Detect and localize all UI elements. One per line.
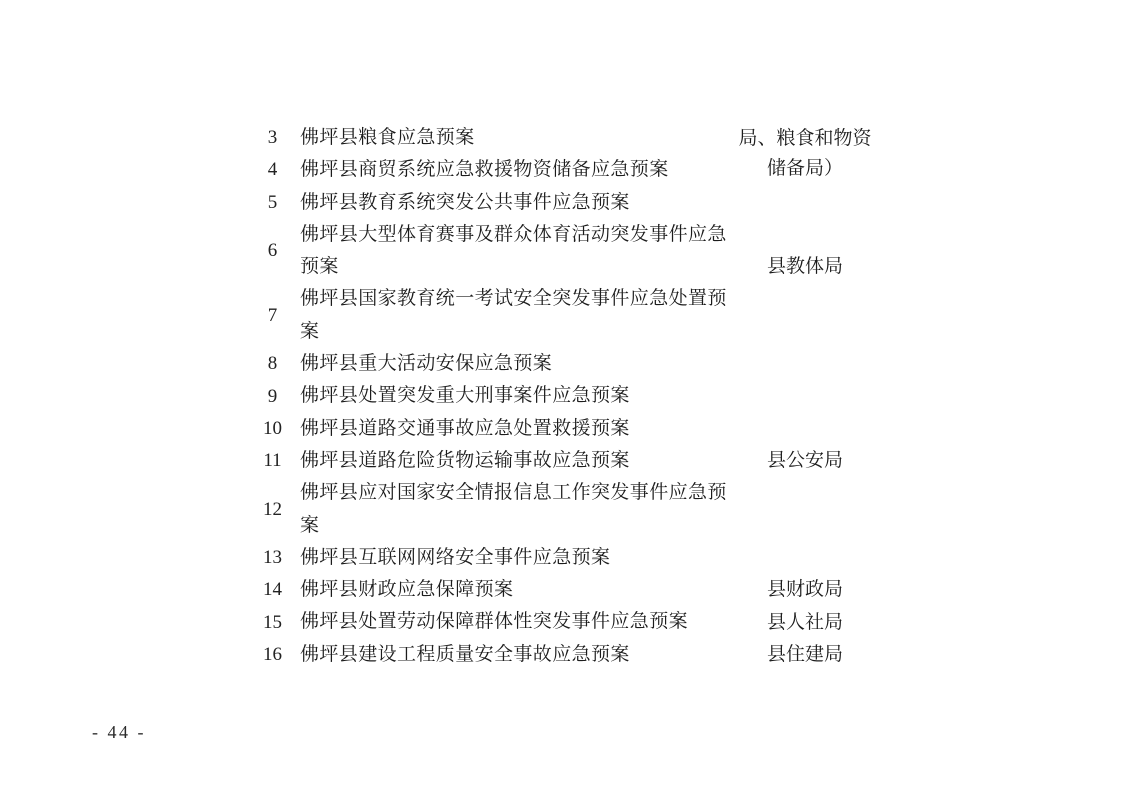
table-row: 10 佛坪县道路交通事故应急处置救援预案 [245,413,732,445]
lead-department: 县人社局 [732,606,878,638]
plan-name: 佛坪县处置突发重大刑事案件应急预案 [300,380,732,412]
plan-name: 佛坪县粮食应急预案 [300,122,732,154]
row-number: 4 [245,154,300,186]
group-rows: 3 佛坪县粮食应急预案 4 佛坪县商贸系统应急救援物资储备应急预案 [245,122,732,187]
group-rows: 8 佛坪县重大活动安保应急预案 9 佛坪县处置突发重大刑事案件应急预案 10 佛… [245,348,732,574]
group-rows: 15 佛坪县处置劳动保障群体性突发事件应急预案 [245,606,732,638]
plan-name: 佛坪县应对国家安全情报信息工作突发事件应急预 案 [300,477,732,542]
group-rows: 16 佛坪县建设工程质量安全事故应急预案 [245,639,732,671]
row-number: 8 [245,348,300,380]
table-row: 3 佛坪县粮食应急预案 [245,122,732,154]
table-row: 15 佛坪县处置劳动保障群体性突发事件应急预案 [245,606,732,638]
plan-name: 佛坪县国家教育统一考试安全突发事件应急处置预 案 [300,283,732,348]
table-group-education: 5 佛坪县教育系统突发公共事件应急预案 6 佛坪县大型体育赛事及群众体育活动突发… [245,187,878,348]
plan-name: 佛坪县财政应急保障预案 [300,574,732,606]
plan-name: 佛坪县大型体育赛事及群众体育活动突发事件应急 预案 [300,219,732,284]
row-number: 7 [245,283,300,348]
row-number: 15 [245,606,300,638]
table-row: 4 佛坪县商贸系统应急救援物资储备应急预案 [245,154,732,186]
group-rows: 14 佛坪县财政应急保障预案 [245,574,732,606]
plan-name: 佛坪县道路危险货物运输事故应急预案 [300,445,732,477]
row-number: 14 [245,574,300,606]
row-number: 16 [245,639,300,671]
plan-name: 佛坪县建设工程质量安全事故应急预案 [300,639,732,671]
table-row: 9 佛坪县处置突发重大刑事案件应急预案 [245,380,732,412]
plan-name: 佛坪县互联网网络安全事件应急预案 [300,542,732,574]
row-number: 3 [245,122,300,154]
plan-name: 佛坪县教育系统突发公共事件应急预案 [300,187,732,219]
table-row: 14 佛坪县财政应急保障预案 [245,574,732,606]
document-page: 3 佛坪县粮食应急预案 4 佛坪县商贸系统应急救援物资储备应急预案 局、粮食和物… [0,0,1122,812]
plan-name: 佛坪县道路交通事故应急处置救援预案 [300,413,732,445]
lead-department: 县公安局 [732,348,878,574]
table-group-grain: 3 佛坪县粮食应急预案 4 佛坪县商贸系统应急救援物资储备应急预案 局、粮食和物… [245,122,878,187]
row-number: 11 [245,445,300,477]
table-row: 5 佛坪县教育系统突发公共事件应急预案 [245,187,732,219]
lead-department: 县财政局 [732,574,878,606]
plan-name: 佛坪县重大活动安保应急预案 [300,348,732,380]
row-number: 9 [245,380,300,412]
emergency-plan-table: 3 佛坪县粮食应急预案 4 佛坪县商贸系统应急救援物资储备应急预案 局、粮食和物… [245,122,878,671]
table-row: 8 佛坪县重大活动安保应急预案 [245,348,732,380]
row-number: 5 [245,187,300,219]
page-number: - 44 - [92,722,146,743]
lead-department: 县教体局 [732,187,878,348]
table-row: 11 佛坪县道路危险货物运输事故应急预案 [245,445,732,477]
table-row: 7 佛坪县国家教育统一考试安全突发事件应急处置预 案 [245,283,732,348]
table-group-public-security: 8 佛坪县重大活动安保应急预案 9 佛坪县处置突发重大刑事案件应急预案 10 佛… [245,348,878,574]
table-row: 16 佛坪县建设工程质量安全事故应急预案 [245,639,732,671]
lead-department: 局、粮食和物资 储备局） [732,122,878,187]
row-number: 13 [245,542,300,574]
table-group-human-resources: 15 佛坪县处置劳动保障群体性突发事件应急预案 县人社局 [245,606,878,638]
row-number: 6 [245,219,300,284]
table-row: 13 佛坪县互联网网络安全事件应急预案 [245,542,732,574]
plan-name: 佛坪县处置劳动保障群体性突发事件应急预案 [300,606,732,638]
group-rows: 5 佛坪县教育系统突发公共事件应急预案 6 佛坪县大型体育赛事及群众体育活动突发… [245,187,732,348]
table-group-construction: 16 佛坪县建设工程质量安全事故应急预案 县住建局 [245,639,878,671]
table-row: 6 佛坪县大型体育赛事及群众体育活动突发事件应急 预案 [245,219,732,284]
plan-name: 佛坪县商贸系统应急救援物资储备应急预案 [300,154,732,186]
row-number: 12 [245,477,300,542]
row-number: 10 [245,413,300,445]
table-row: 12 佛坪县应对国家安全情报信息工作突发事件应急预 案 [245,477,732,542]
table-group-finance: 14 佛坪县财政应急保障预案 县财政局 [245,574,878,606]
lead-department: 县住建局 [732,639,878,671]
